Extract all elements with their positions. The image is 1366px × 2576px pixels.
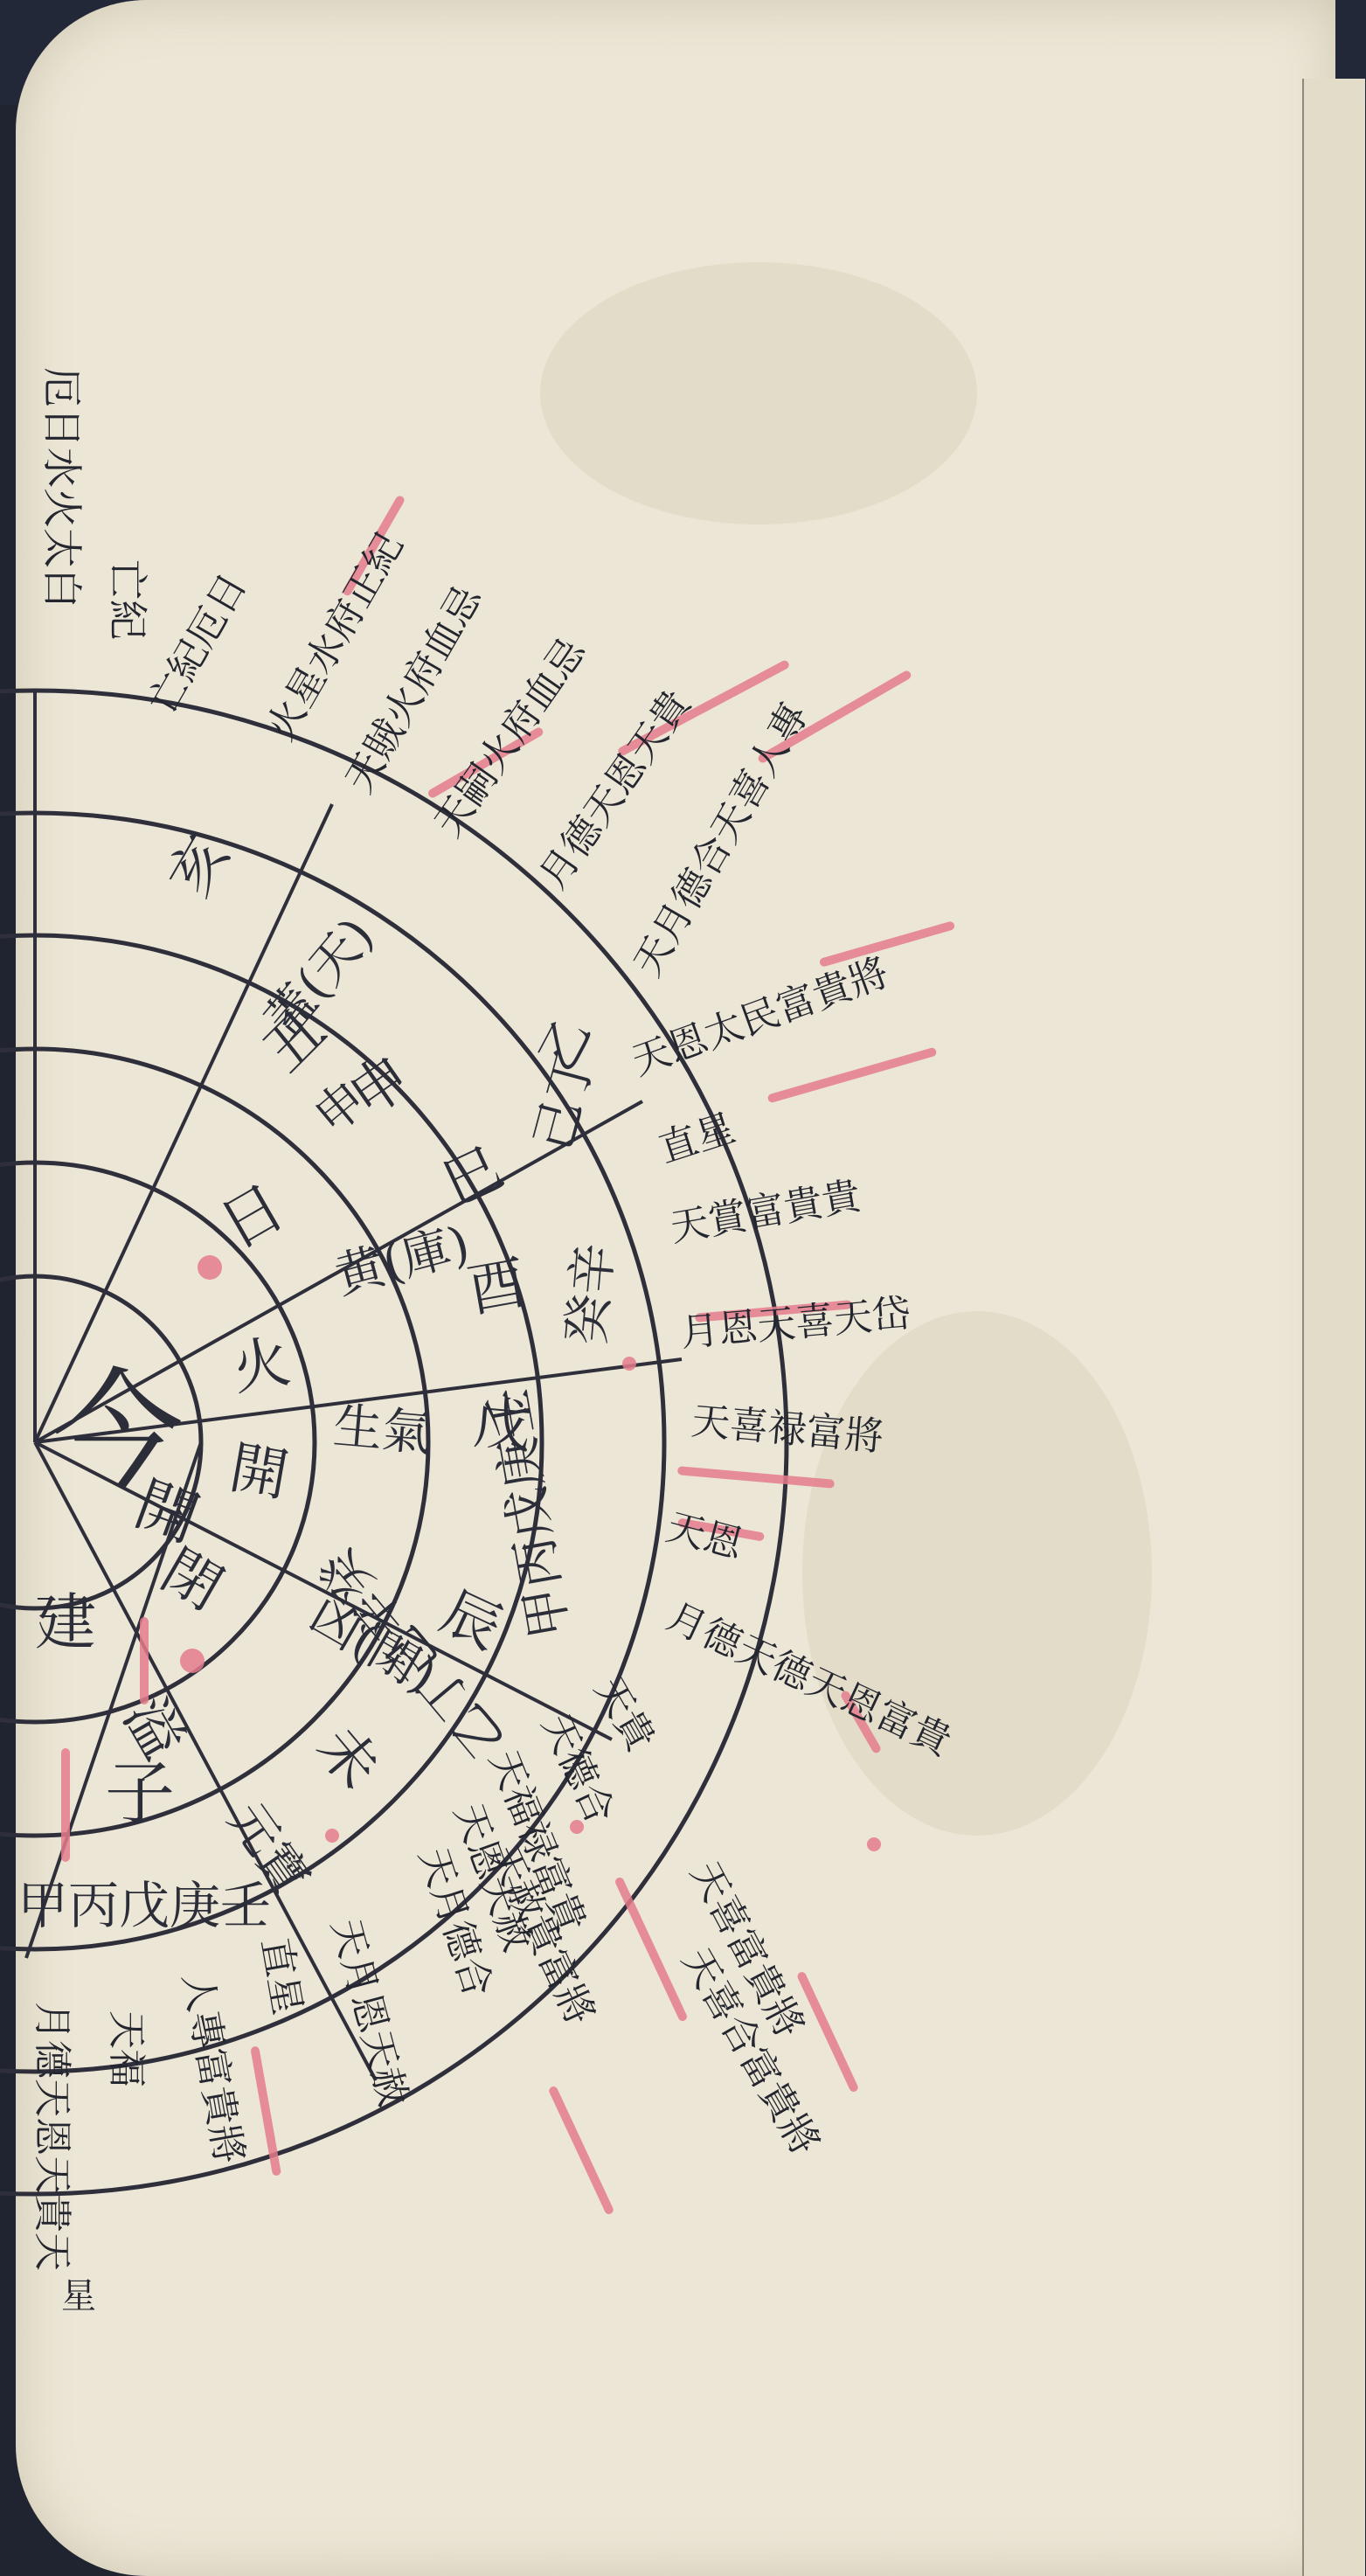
- radial-annotation: 天賞富貴貴: [667, 1173, 866, 1251]
- radial-annotation: 月德天德天恩富貴: [660, 1594, 960, 1766]
- radial-annotation: 天喜禄富將: [690, 1399, 885, 1460]
- ring3-label: 生氣: [331, 1398, 433, 1463]
- bottom-column: 人專富貴將: [174, 1969, 251, 2167]
- ring5-label: 癸辛: [556, 1241, 624, 1348]
- divider: [35, 804, 332, 1442]
- bottom-column: 月德天恩天貴天: [30, 2002, 74, 2271]
- ring4-label: 未: [304, 1714, 392, 1802]
- bottom-column: 天福: [104, 2010, 149, 2087]
- ring4-label: 亥: [155, 823, 242, 907]
- top-left-line: 厄日水火太白: [38, 367, 86, 608]
- divination-wheel-diagram: 今 日 建 開 火 閉 開 溢 蓋(天) 申 黄(庫) 生氣 凶(閉) 元寶 子…: [0, 0, 1366, 2576]
- bottom-column: 天月恩天赦: [322, 1914, 415, 2112]
- ring2-label: 開: [225, 1434, 293, 1510]
- ring5-label: 甲丙戊庚壬: [17, 1876, 271, 1935]
- ring2-label: 火: [226, 1327, 295, 1403]
- ring3-label: 黄(庫): [329, 1215, 475, 1305]
- ring1-label: 建: [35, 1587, 96, 1658]
- radial-annotation: 月恩天喜天岱: [679, 1291, 912, 1356]
- bottom-column: 直星: [253, 1934, 310, 2018]
- radial-annotation: 天恩: [662, 1504, 748, 1567]
- ring1-label: 日: [208, 1170, 297, 1263]
- top-left-line: 亡紀: [104, 559, 151, 640]
- ring3-label: 子: [105, 1753, 175, 1835]
- top-left-column: 厄日水火太白 亡紀: [38, 367, 151, 640]
- radial-annotation: 天貴: [586, 1670, 664, 1760]
- bottom-columns: 月德天恩天貴天 天福 人專富貴將 直星 天月恩天赦 天喜合富貴將 星: [30, 1914, 828, 2316]
- radial-annotation: 直星: [654, 1106, 740, 1172]
- radial-annotation: 月德天恩天貴: [530, 680, 701, 897]
- bottom-char: 星: [61, 2276, 96, 2316]
- ring4-label: 酉: [462, 1248, 530, 1324]
- radial-annotation: 亡紀厄日: [140, 566, 255, 722]
